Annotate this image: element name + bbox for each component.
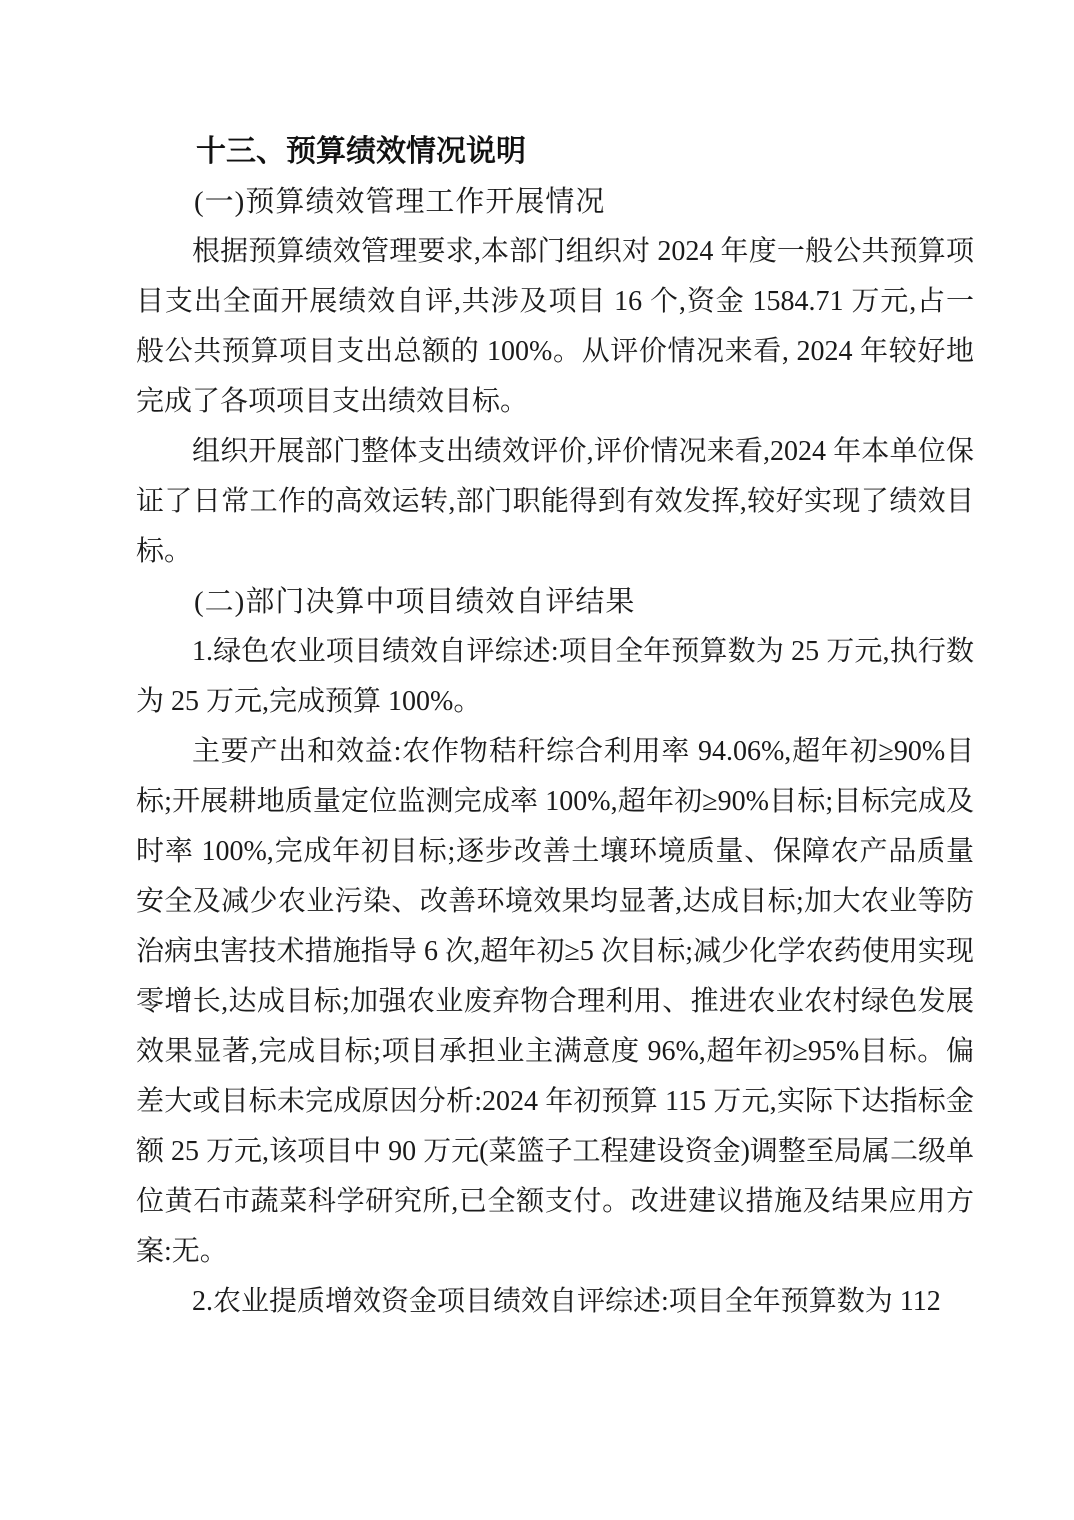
paragraph-self-evaluation-overview: 根据预算绩效管理要求,本部门组织对 2024 年度一般公共预算项目支出全面开展绩… [136,227,974,427]
subheading-project-self-evaluation-results: (二)部门决算中项目绩效自评结果 [136,577,974,627]
subheading-performance-management: (一)预算绩效管理工作开展情况 [136,177,974,227]
paragraph-department-overall-evaluation: 组织开展部门整体支出绩效评价,评价情况来看,2024 年本单位保证了日常工作的高… [136,427,974,577]
paragraph-project1-green-agriculture-summary: 1.绿色农业项目绩效自评综述:项目全年预算数为 25 万元,执行数为 25 万元… [136,627,974,727]
document-content: 十三、预算绩效情况说明 (一)预算绩效管理工作开展情况 根据预算绩效管理要求,本… [136,127,974,1327]
section-heading: 十三、预算绩效情况说明 [136,127,974,177]
paragraph-project1-outputs-and-benefits: 主要产出和效益:农作物秸秆综合利用率 94.06%,超年初≥90%目标;开展耕地… [136,727,974,1277]
document-page: 十三、预算绩效情况说明 (一)预算绩效管理工作开展情况 根据预算绩效管理要求,本… [0,0,1074,1520]
paragraph-project2-quality-improvement-summary: 2.农业提质增效资金项目绩效自评综述:项目全年预算数为 112 [136,1277,974,1327]
